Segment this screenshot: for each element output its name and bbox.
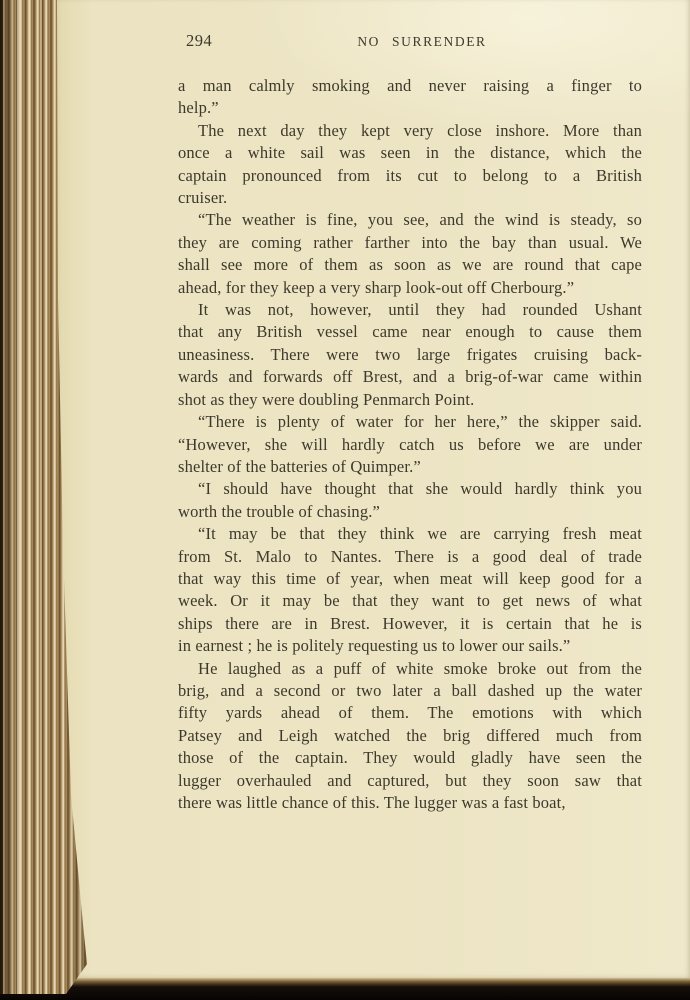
running-title: NO SURRENDER xyxy=(357,31,486,53)
book-scan: 294 NO SURRENDER a man calmly smoking an… xyxy=(0,0,690,1000)
text-line: a man calmly smoking and never raising a… xyxy=(178,75,642,97)
text-line: wards and forwards off Brest, and a brig… xyxy=(178,366,642,388)
text-line: from St. Malo to Nantes. There is a good… xyxy=(178,546,642,568)
text-line: shelter of the batteries of Quimper.” xyxy=(178,456,642,478)
text-line: He laughed as a puff of white smoke brok… xyxy=(178,658,642,680)
page-body: a man calmly smoking and never raising a… xyxy=(178,75,642,814)
text-line: “The weather is fine, you see, and the w… xyxy=(178,209,642,231)
text-line: ships there are in Brest. However, it is… xyxy=(178,613,642,635)
text-line: in earnest ; he is politely requesting u… xyxy=(178,635,642,657)
paragraph: “There is plenty of water for her here,”… xyxy=(178,411,642,478)
text-line: brig, and a second or two later a ball d… xyxy=(178,680,642,702)
text-line: “There is plenty of water for her here,”… xyxy=(178,411,642,433)
page-header: 294 NO SURRENDER xyxy=(178,30,642,52)
text-line: “However, she will hardly catch us befor… xyxy=(178,434,642,456)
text-line: they are coming rather farther into the … xyxy=(178,232,642,254)
text-line: there was little chance of this. The lug… xyxy=(178,792,642,814)
text-line: “It may be that they think we are carryi… xyxy=(178,523,642,545)
text-line: uneasiness. There were two large frigate… xyxy=(178,344,642,366)
text-line: lugger overhauled and captured, but they… xyxy=(178,770,642,792)
text-line: cruiser. xyxy=(178,187,642,209)
text-line: worth the trouble of chasing.” xyxy=(178,501,642,523)
text-line: The next day they kept very close inshor… xyxy=(178,120,642,142)
text-line: fifty yards ahead of them. The emotions … xyxy=(178,702,642,724)
text-line: ahead, for they keep a very sharp look-o… xyxy=(178,277,642,299)
page-number: 294 xyxy=(186,30,212,52)
paragraph: a man calmly smoking and never raising a… xyxy=(178,75,642,120)
paragraph: The next day they kept very close inshor… xyxy=(178,120,642,210)
text-line: shall see more of them as soon as we are… xyxy=(178,254,642,276)
text-line: once a white sail was seen in the distan… xyxy=(178,142,642,164)
text-line: those of the captain. They would gladly … xyxy=(178,747,642,769)
text-line: “I should have thought that she would ha… xyxy=(178,478,642,500)
text-line: that any British vessel came near enough… xyxy=(178,321,642,343)
text-line: week. Or it may be that they want to get… xyxy=(178,590,642,612)
text-line: Patsey and Leigh watched the brig differ… xyxy=(178,725,642,747)
text-line: It was not, however, until they had roun… xyxy=(178,299,642,321)
text-line: shot as they were doubling Penmarch Poin… xyxy=(178,389,642,411)
paragraph: “It may be that they think we are carryi… xyxy=(178,523,642,657)
paragraph: It was not, however, until they had roun… xyxy=(178,299,642,411)
text-line: captain pronounced from its cut to belon… xyxy=(178,165,642,187)
table-surface xyxy=(0,986,690,1000)
paragraph: “I should have thought that she would ha… xyxy=(178,478,642,523)
paragraph: He laughed as a puff of white smoke brok… xyxy=(178,658,642,815)
text-line: help.” xyxy=(178,97,642,119)
paragraph: “The weather is fine, you see, and the w… xyxy=(178,209,642,299)
text-line: that way this time of year, when meat wi… xyxy=(178,568,642,590)
page-content: 294 NO SURRENDER a man calmly smoking an… xyxy=(178,30,642,814)
page-bottom-edge xyxy=(50,978,690,988)
